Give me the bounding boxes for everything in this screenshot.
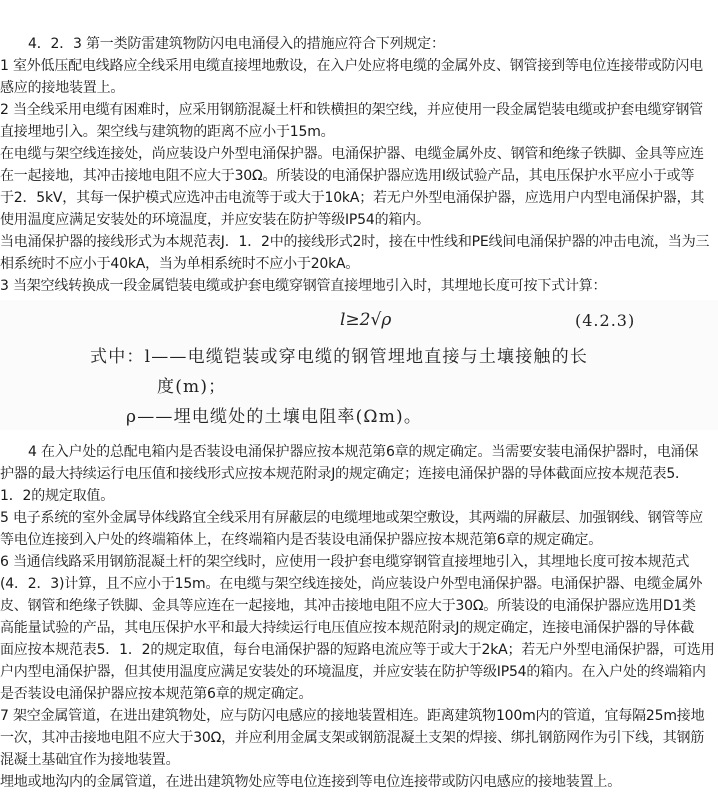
paragraph-line: 是否装设电涌保护器应按本规范第6章的规定确定。 — [0, 683, 718, 705]
formula-where-line: 度(m)； — [157, 372, 226, 397]
paragraph-line: 在电缆与架空线连接处，尚应装设户外型电涌保护器。电涌保护器、电缆金属外皮、钢管和… — [0, 143, 718, 165]
paragraph-line: 混凝土基础宜作为接地装置。 — [0, 749, 718, 771]
paragraph-line: 相系统时不应小于40kA，当为单相系统时不应小于20kA。 — [0, 253, 718, 275]
paragraph-line: 高能量试验的产品，其电压保护水平和最大持续运行电压值应按本规范附录J的规定确定，… — [0, 617, 718, 639]
paragraph-line: 3 当架空线转换成一段金属铠装电缆或护套电缆穿钢管直接埋地引入时，其埋地长度可按… — [0, 275, 718, 297]
formula-equation: l≥2√ρ — [340, 310, 391, 330]
paragraph-line: 护器的最大持续运行电压值和接线形式应按本规范附录J的规定确定；连接电涌保护器的导… — [0, 463, 718, 485]
formula-image: l≥2√ρ (4.2.3) 式中：l——电缆铠装或穿电缆的钢管埋地直接与土壤接触… — [0, 300, 718, 430]
formula-where-line: ρ——埋电缆处的土壤电阻率(Ωm)。 — [126, 402, 422, 427]
document-page: 4．2．3 第一类防雷建筑物防闪电电涌侵入的措施应符合下列规定： 1 室外低压配… — [0, 0, 718, 811]
paragraph-line: 皮、钢管和绝缘子铁脚、金具等应连在一起接地，其冲击接地电阻不应大于30Ω。所装设… — [0, 595, 718, 617]
paragraph-line: 5 电子系统的室外金属导体线路宜全线采用有屏蔽层的电缆埋地或架空敷设，其两端的屏… — [0, 507, 718, 529]
paragraph-line: 4 在入户处的总配电箱内是否装设电涌保护器应按本规范第6章的规定确定。当需要安装… — [0, 441, 718, 463]
paragraph-line: 2 当全线采用电缆有困难时，应采用钢筋混凝土杆和铁横担的架空线，并应使用一段金属… — [0, 99, 718, 121]
section-heading: 4．2．3 第一类防雷建筑物防闪电电涌侵入的措施应符合下列规定： — [0, 33, 718, 55]
paragraph-line: 当电涌保护器的接线形式为本规范表J．1．2中的接线形式2时，接在中性线和PE线间… — [0, 231, 718, 253]
paragraph-line: 7 架空金属管道，在进出建筑物处，应与防闪电感应的接地装置相连。距离建筑物100… — [0, 705, 718, 727]
paragraph-line: 户内型电涌保护器，但其使用温度应满足安装处的环境温度，并应安装在防护等级IP54… — [0, 661, 718, 683]
paragraph-line: 1 室外低压配电线路应全线采用电缆直接埋地敷设，在入户处应将电缆的金属外皮、钢管… — [0, 55, 718, 77]
paragraph-line: 6 当通信线路采用钢筋混凝土杆的架空线时，应使用一段护套电缆穿钢管直接埋地引入，… — [0, 551, 718, 573]
paragraph-line: 等电位连接到入户处的终端箱体上，在终端箱内是否装设电涌保护器应按本规范第6章的规… — [0, 529, 718, 551]
paragraph-line: 一次，其冲击接地电阻不应大于30Ω，并应利用金属支架或钢筋混凝土支架的焊接、绑扎… — [0, 727, 718, 749]
paragraph-line: 感应的接地装置上。 — [0, 77, 718, 99]
paragraph-line: 在一起接地，其冲击接地电阻不应大于30Ω。所装设的电涌保护器应选用Ⅰ级试验产品，… — [0, 165, 718, 187]
formula-number: (4.2.3) — [575, 311, 635, 330]
paragraph-line: 面应按本规范表5．1．2的规定取值，每台电涌保护器的短路电流应等于或大于2kA；… — [0, 639, 718, 661]
paragraph-line: 埋地或地沟内的金属管道，在进出建筑物处应等电位连接到等电位连接带或防闪电感应的接… — [0, 771, 718, 793]
formula-where-line: 式中：l——电缆铠装或穿电缆的钢管埋地直接与土壤接触的长 — [90, 342, 588, 367]
paragraph-line: 于2．5kV，其每一保护模式应选冲击电流等于或大于10kA；若无户外型电涌保护器… — [0, 187, 718, 209]
paragraph-line: 1．2的规定取值。 — [0, 485, 718, 507]
paragraph-line: 直接埋地引入。架空线与建筑物的距离不应小于15m。 — [0, 121, 718, 143]
paragraph-line: 使用温度应满足安装处的环境温度，并应安装在防护等级IP54的箱内。 — [0, 209, 718, 231]
paragraph-line: (4．2．3)计算，且不应小于15m。在电缆与架空线连接处，尚应装设户外型电涌保… — [0, 573, 718, 595]
